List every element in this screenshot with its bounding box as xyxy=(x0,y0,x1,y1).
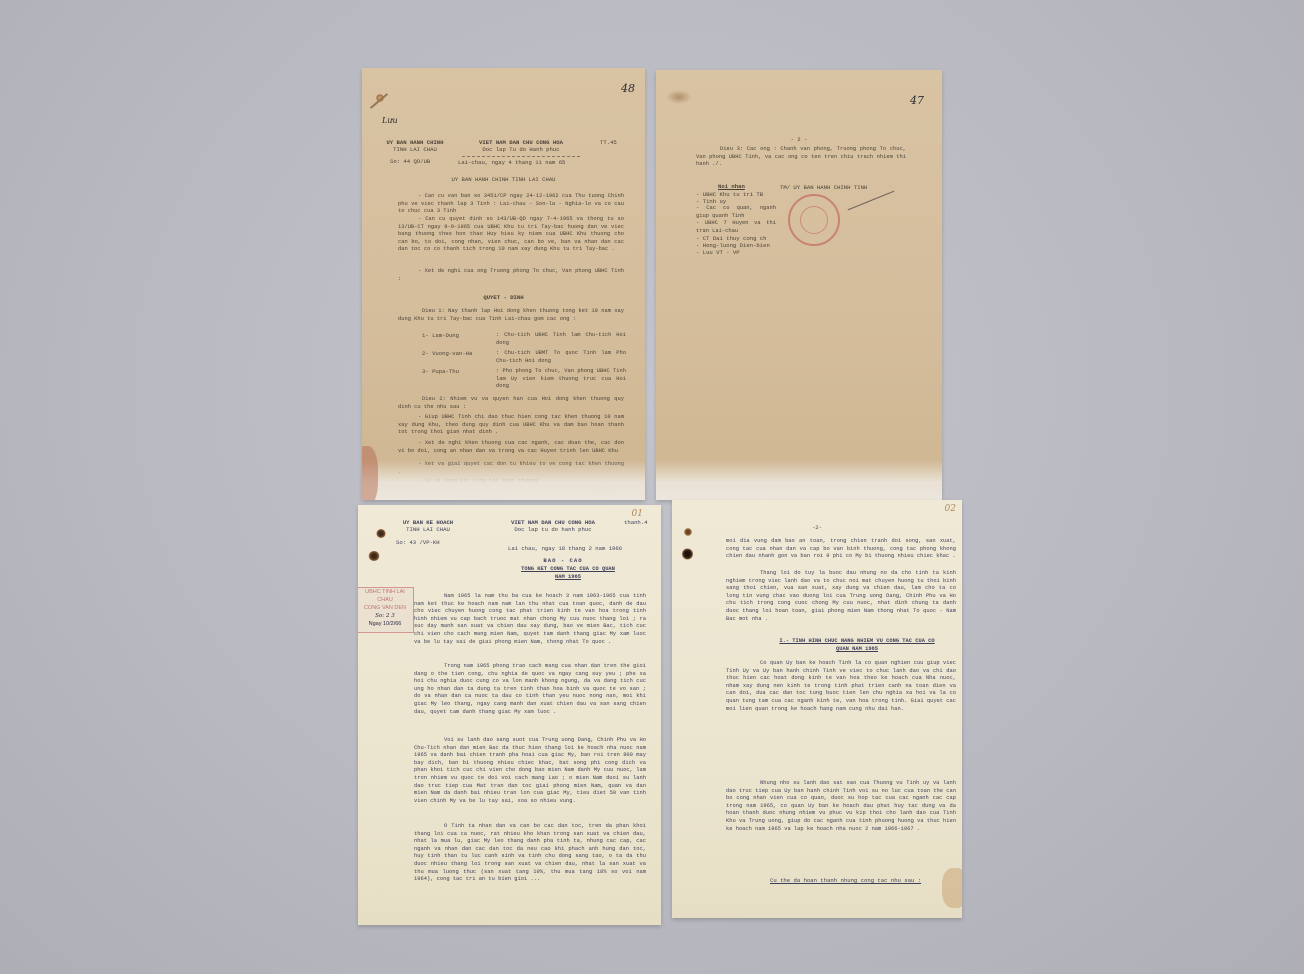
water-damage xyxy=(362,460,645,500)
header-left-line2: TINH LAI CHAU xyxy=(370,146,460,154)
article-3: Dieu 3: Cac ong : Chanh van phong, Truon… xyxy=(696,146,906,169)
recipient-7: - Luu VT - VP xyxy=(696,249,740,257)
divider xyxy=(462,156,580,157)
member-2-name: 2- Vuong-van-Ha xyxy=(422,350,472,358)
issuer-line: UY BAN HANH CHINH TINH LAI CHAU xyxy=(362,176,645,184)
document-number: So: 44 QD/UB xyxy=(390,158,430,166)
preamble-2: - Can cu quyet dinh so 143/UB-QD ngay 7-… xyxy=(398,216,624,254)
page-mark: 01 xyxy=(632,509,643,519)
duty-1: - Giup UBHC Tinh chi dao thuc hien cong … xyxy=(398,414,624,437)
section-paragraph-2: Nhung nho su lanh dao sat sao cua Thuong… xyxy=(726,780,956,833)
document-decision-page-2: 47 - 2 - Dieu 3: Cac ong : Chanh van pho… xyxy=(656,70,942,500)
closing-line: Cu the da hoan thanh nhung cong tac nhu … xyxy=(770,877,921,885)
official-seal xyxy=(788,194,840,246)
stamp-line: CONG VAN DEN xyxy=(358,604,413,612)
stamp-line: So: 2 3 xyxy=(358,612,413,620)
section-heading: I.- TINH HINH CHUC NANG NHIEM VU CONG TA… xyxy=(772,638,942,653)
member-3-name: 3- Pupa-Thu xyxy=(422,368,459,376)
duty-2: - Xet de nghi khen thuong cua cac nganh,… xyxy=(398,440,624,455)
member-3-role: : Pho phong To chuc, Van phong UBHC Tinh… xyxy=(496,368,626,391)
preamble-3: - Xet de nghi cua ong Truong phong To ch… xyxy=(398,268,624,283)
decision-heading: QUYET - DINH xyxy=(362,294,645,302)
document-decision-page-1: 48 Lưu UY BAN HANH CHINH TINH LAI CHAU S… xyxy=(362,68,645,500)
header-left-line2: TINH LAI CHAU xyxy=(388,526,468,534)
burn-mark xyxy=(368,551,380,561)
water-damage xyxy=(656,460,942,500)
date-line: Lai chau, ngay 18 thang 2 nam 1966 xyxy=(508,545,622,553)
paragraph-2: Thang loi do tuy la buoc dau nhung no da… xyxy=(726,570,956,623)
stamp-line: UBHC TINH LAI CHAU xyxy=(358,588,413,604)
stamp-line: Ngay 10/2/66 xyxy=(358,620,413,628)
paragraph-1: moi dia vung dam bao an toan, trong chie… xyxy=(726,538,956,561)
handwritten-note: Lưu xyxy=(382,116,398,125)
document-report-page-1: 01 UY BAN KE HOACH TINH LAI CHAU So: 43 … xyxy=(358,505,661,925)
burn-mark xyxy=(682,548,693,560)
report-subtitle: TONG KET CONG TAC CUA CO QUAN NAM 1965 xyxy=(518,566,618,581)
paragraph-1: Nam 1965 la nam thu ba cua ke hoach 3 na… xyxy=(414,593,646,646)
recipient-4: - UBHC 7 Huyen va thi tran Lai-chau xyxy=(696,220,776,235)
page-number: - 2 - xyxy=(656,136,942,144)
paragraph-2: Trong nam 1965 phong trao cach mang cua … xyxy=(414,663,646,716)
page-number: -2- xyxy=(672,524,962,532)
page-mark: 48 xyxy=(621,82,635,95)
paragraph-4: O Tinh ta nhan dan va can bo cac dan toc… xyxy=(414,823,646,884)
member-1-role: : Chu-tich UBHC Tinh lam Chu-tich Hoi do… xyxy=(496,332,626,347)
document-number: So: 43 /VP-KH xyxy=(396,539,440,547)
stain xyxy=(942,868,962,908)
burn-mark xyxy=(376,529,386,538)
date-line: Lai-chau, ngay 4 thang 11 nam 65 xyxy=(458,159,565,167)
member-2-role: : Chu-tich UBMT To quoc Tinh lam Pho Chu… xyxy=(496,350,626,365)
stain xyxy=(666,90,692,104)
page-mark: 02 xyxy=(945,504,956,514)
staple-mark xyxy=(370,93,388,109)
signature-block: TM/ UY BAN HANH CHINH TINH xyxy=(780,184,867,192)
signature-stroke xyxy=(848,191,895,211)
recipients-heading: Noi nhan xyxy=(718,183,745,191)
header-right-mark: TT.45 xyxy=(600,139,617,147)
header-right-mark: thanh.4 xyxy=(624,519,648,527)
received-stamp: UBHC TINH LAI CHAU CONG VAN DEN So: 2 3 … xyxy=(358,587,414,633)
paragraph-3: Voi su lanh dao sang suot cua Trung uong… xyxy=(414,737,646,805)
header-center-line2: Doc lap tu do hanh phuc xyxy=(493,526,613,534)
page-mark: 47 xyxy=(910,94,924,107)
section-paragraph-1: Co quan Uy ban ke hoach Tinh la co quan … xyxy=(726,660,956,713)
header-center-line2: Doc lap Tu do Hanh phuc xyxy=(462,146,580,154)
article-1: Dieu 1: Nay thanh lap Hoi dong khen thuo… xyxy=(398,308,624,323)
document-report-page-2: 02 -2- moi dia vung dam bao an toan, tro… xyxy=(672,500,962,918)
preamble-1: - Can cu van ban so 3451/CP ngay 24-12-1… xyxy=(398,193,624,216)
recipient-3: - Cac co quan, nganh giup quanh Tinh xyxy=(696,205,776,220)
member-1-name: 1- Lam-Dung xyxy=(422,332,459,340)
report-title: BAO - CAO xyxy=(498,557,628,565)
article-2: Dieu 2: Nhiem vu va quyen han cua Hoi do… xyxy=(398,396,624,411)
